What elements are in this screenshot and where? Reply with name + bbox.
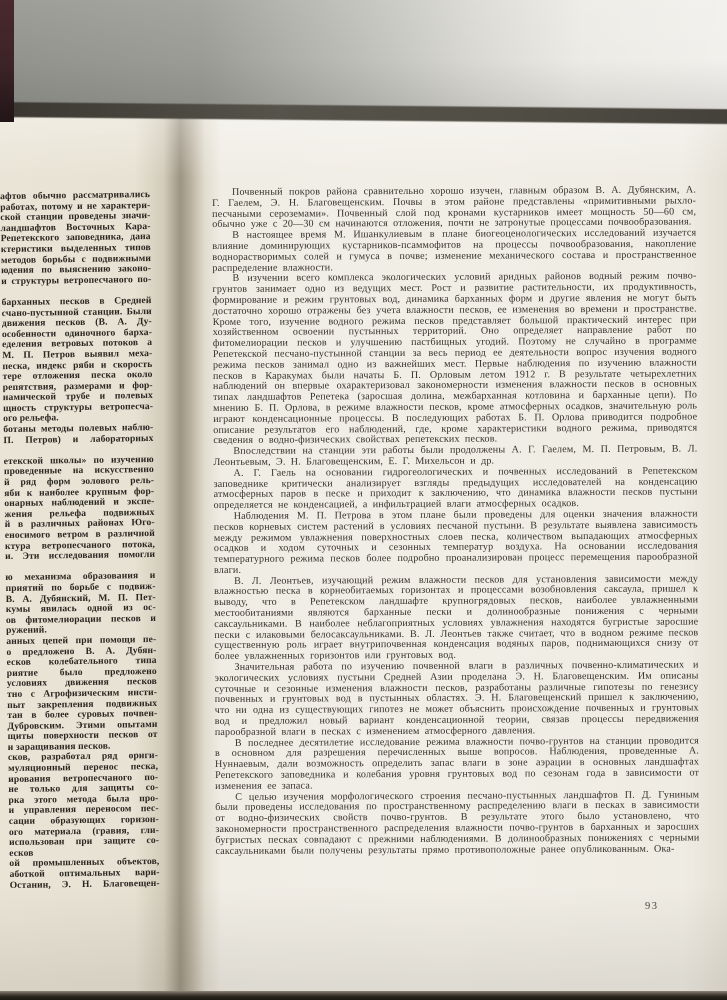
left-page-line: иструктурыветропесчаногопо- [1,275,151,288]
page-number: 93 [645,901,659,912]
paragraph: Значительная работа по изучению почвенно… [214,661,698,739]
paragraph: В последнее десятилетие исследование реж… [215,736,699,793]
left-page-line: щностьструктурыветропесча- [3,402,153,415]
scanner-background [0,0,727,108]
paragraph: А. Г. Гаель на основании гидрогеологичес… [213,466,697,512]
left-page-line: Останин,Э.Н.Благовещен- [10,879,160,892]
paragraph: В. Л. Леонтьев, изучающий режим влажност… [214,574,698,663]
book-pages: афтовобычнорассматривалисьработах,потому… [0,98,727,992]
book-cover-edge [0,0,14,122]
paragraph: В изучении всего комплекса экологических… [212,272,697,447]
left-page-text-column: афтовобычнорассматривалисьработах,потому… [0,190,160,891]
left-page-line: овфитомелиорациипескови [6,614,156,627]
left-page-line: и.Этиисследованияпомогли [5,550,155,563]
left-page-line: П.Петров)илабораторных [3,434,153,447]
paragraph: С целью изучения морфологического строен… [215,790,699,857]
scanned-book-page: афтовобычнорассматривалисьработах,потому… [0,0,727,1000]
paragraph: В настоящее время М. Ишанкулиевым в план… [212,229,696,275]
paragraph: Почвенный покров района сравнительно хор… [212,185,696,231]
book-bottom-edge [0,991,727,1000]
paragraph: Наблюдения М. П. Петрова в этом плане бы… [214,509,698,576]
left-page-line: сацииобразующихгоризон- [9,815,159,828]
right-page-text-block: Почвенный покров района сравнительно хор… [212,185,699,857]
